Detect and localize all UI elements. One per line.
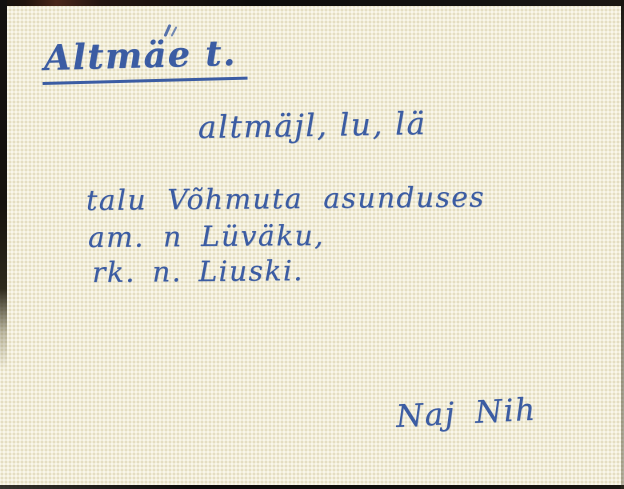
scanned-index-card: Altmäe t. altmäjl, lu, lä talu Võhmuta a… <box>0 0 624 489</box>
note-line-folk-name: rk. n. Liuski. <box>92 254 304 289</box>
collector-signature: Naj Nih <box>395 392 537 435</box>
pronunciation-line: altmäjl, lu, lä <box>198 106 427 146</box>
note-line-official-name: am. n Lüväku, <box>88 219 325 254</box>
note-line-location: talu Võhmuta asunduses <box>86 181 485 217</box>
scan-edge-top <box>0 0 624 6</box>
scan-edge-bottom <box>0 485 624 489</box>
scan-edge-left <box>0 0 7 370</box>
card-heading: Altmäe t. <box>41 33 247 85</box>
